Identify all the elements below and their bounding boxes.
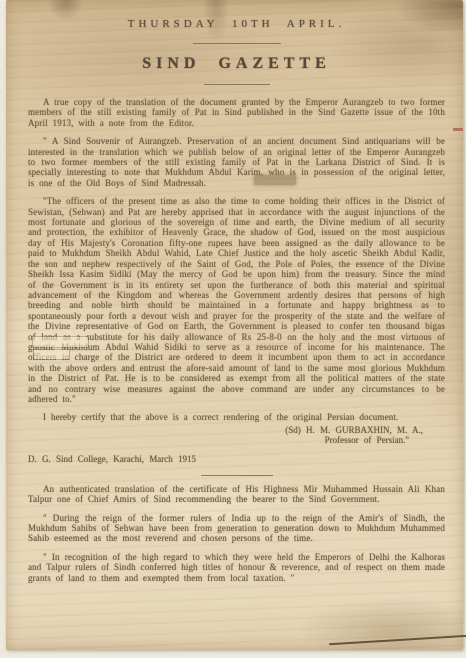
paragraph-translation: "The officers of the present time as als… — [28, 196, 445, 404]
paragraph-recognition: " In recognition of the high regard to w… — [28, 552, 445, 583]
paragraph-editors-note: A true copy of the translation of the do… — [28, 97, 445, 128]
paragraph-during-reign: " During the reign of the former rulers … — [28, 513, 445, 544]
issue-dateline: THURSDAY 10TH APRIL. — [28, 18, 445, 30]
page-edge-line — [329, 635, 466, 646]
gazette-page: THURSDAY 10TH APRIL. SIND GAZETTE A true… — [6, 0, 463, 650]
signature-title: Professor of Persian." — [28, 435, 409, 446]
divider-rule — [201, 475, 273, 476]
page-content: THURSDAY 10TH APRIL. SIND GAZETTE A true… — [6, 0, 463, 583]
divider-rule — [193, 43, 281, 44]
paragraph-certification: I hereby certify that the above is a cor… — [28, 412, 445, 422]
masthead-title: SIND GAZETTE — [28, 55, 445, 73]
paragraph-authenticated-note: An authenticated translation of the cert… — [28, 484, 445, 505]
paragraph-souvenir-note: " A Sind Souvenir of Aurangzeb. Preserva… — [28, 136, 445, 188]
place-dateline: D. G. Sind College, Karachi, March 1915 — [28, 454, 445, 464]
signature-name: (Sd) H. M. GURBAXHIN, M. A., — [28, 425, 423, 436]
divider-rule — [204, 84, 270, 85]
scanned-page-photo: THURSDAY 10TH APRIL. SIND GAZETTE A true… — [0, 0, 466, 658]
signature-block: (Sd) H. M. GURBAXHIN, M. A., Professor o… — [28, 425, 423, 446]
